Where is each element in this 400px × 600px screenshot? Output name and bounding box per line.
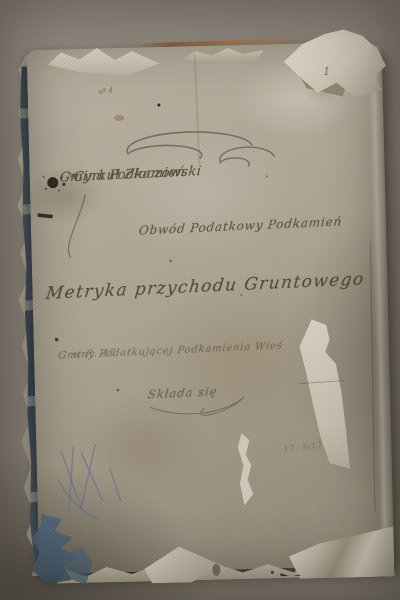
corner-ink-note: nº 4 bbox=[99, 86, 113, 96]
faint-pencil-note: 17. №17 bbox=[283, 440, 323, 454]
photo-old-manuscript-cover: nº 4 1 Gmina PodkamieńwCyrkuł Złoczowski… bbox=[0, 0, 400, 600]
sklada-sie-line: Składa się bbox=[147, 384, 218, 401]
page-number: 1 bbox=[323, 65, 330, 78]
cyrkul-name: Cyrkuł Złoczowski bbox=[73, 164, 202, 185]
heading-line-obwod: Obwód Podatkowy Podkamień bbox=[138, 214, 343, 237]
book-cover: nº 4 1 Gmina PodkamieńwCyrkuł Złoczowski… bbox=[14, 42, 395, 583]
handwritten-text-layer: nº 4 1 Gmina PodkamieńwCyrkuł Złoczowski… bbox=[14, 42, 395, 583]
subtitle-year: w R. 45 bbox=[72, 348, 117, 361]
main-title: Metryka przychodu Gruntowego bbox=[45, 269, 366, 304]
